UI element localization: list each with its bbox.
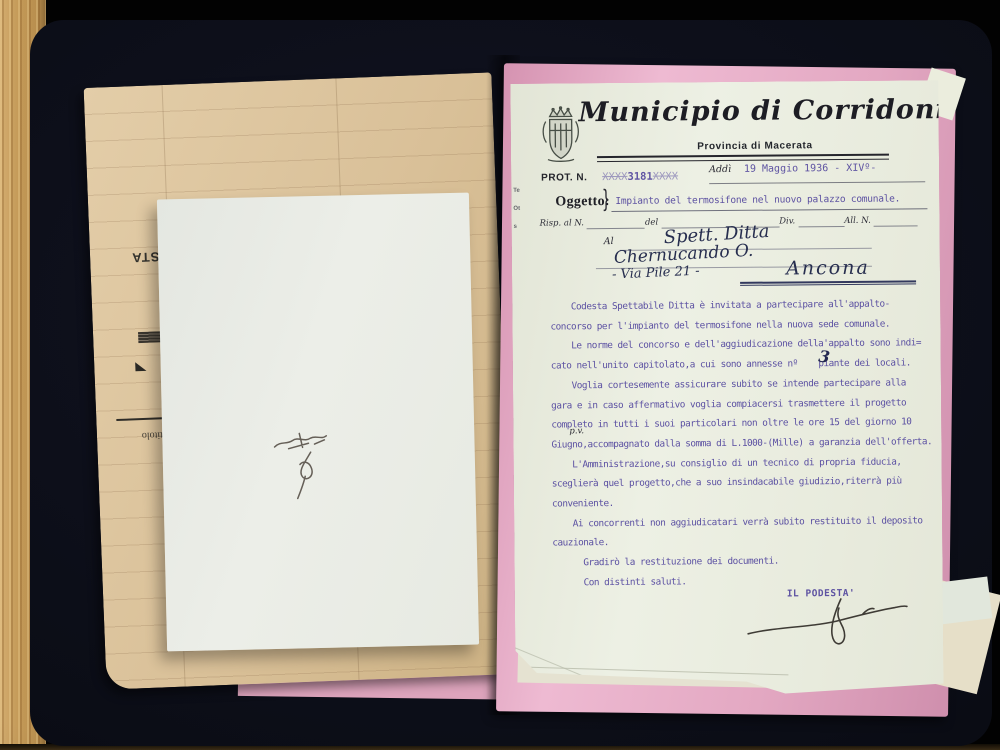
oggetto-value: Impianto del termosifone nel nuovo palaz… <box>615 193 900 206</box>
protocol-row: PROT. N. XXXX3181XXXX <box>541 170 678 183</box>
address-line3: - Via Pile 21 - <box>612 264 700 283</box>
address-row: - Via Pile 21 - <box>610 265 750 284</box>
edge-fragment-text: Te <box>513 188 520 194</box>
oggetto-underline <box>611 208 927 212</box>
date-row: Addì 19 Maggio 1936 - XIVº- <box>709 162 925 184</box>
oggetto-label: Oggetto: <box>555 194 610 210</box>
protocol-number: XXXX3181XXXX <box>602 170 678 183</box>
ink-scribble <box>266 415 352 505</box>
handwritten-pv-annotation: p.v. <box>569 426 584 436</box>
triangle-mark <box>135 362 146 371</box>
letter-body-line: sceglierà quel progetto,che a suo insind… <box>552 471 942 494</box>
archive-photo-scene: OESTA il titolo Mu <box>0 0 1000 750</box>
printed-rule <box>116 417 162 421</box>
municipal-coat-of-arms-icon <box>541 105 582 163</box>
edge-fragment-text: Ot <box>513 206 520 212</box>
letterhead-title: Municipio di Corridonia <box>578 94 930 128</box>
white-note-sheet <box>157 193 479 652</box>
podesta-signature-scrawl <box>743 595 911 652</box>
letterhead-divider <box>597 154 889 163</box>
letterhead-subtitle: Provincia di Macerata <box>579 139 931 153</box>
letter-body-line: Ai concorrenti non aggiudicatari verrà s… <box>552 511 942 534</box>
letter-body: Codesta Spettabile Ditta è invitata a pa… <box>550 294 943 593</box>
address-city: Ancona <box>740 256 916 284</box>
protocol-label: PROT. N. <box>541 172 587 183</box>
letter-body-line: Con distinti saluti. <box>553 570 943 593</box>
date-value: 19 Maggio 1936 - XIVº- <box>744 163 877 175</box>
date-label: Addì <box>709 164 731 175</box>
letter-body-line: Voglia cortesemente assicurare subito se… <box>551 373 941 396</box>
risp-label: Risp. al N. <box>540 218 588 229</box>
municipio-letter: Municipio di Corridonia Provincia di Mac… <box>510 80 943 696</box>
address-city-text: Ancona <box>786 257 870 280</box>
edge-fragment-text: s <box>514 224 517 230</box>
oggetto-brace: } <box>603 187 609 214</box>
blank-line <box>874 216 918 226</box>
